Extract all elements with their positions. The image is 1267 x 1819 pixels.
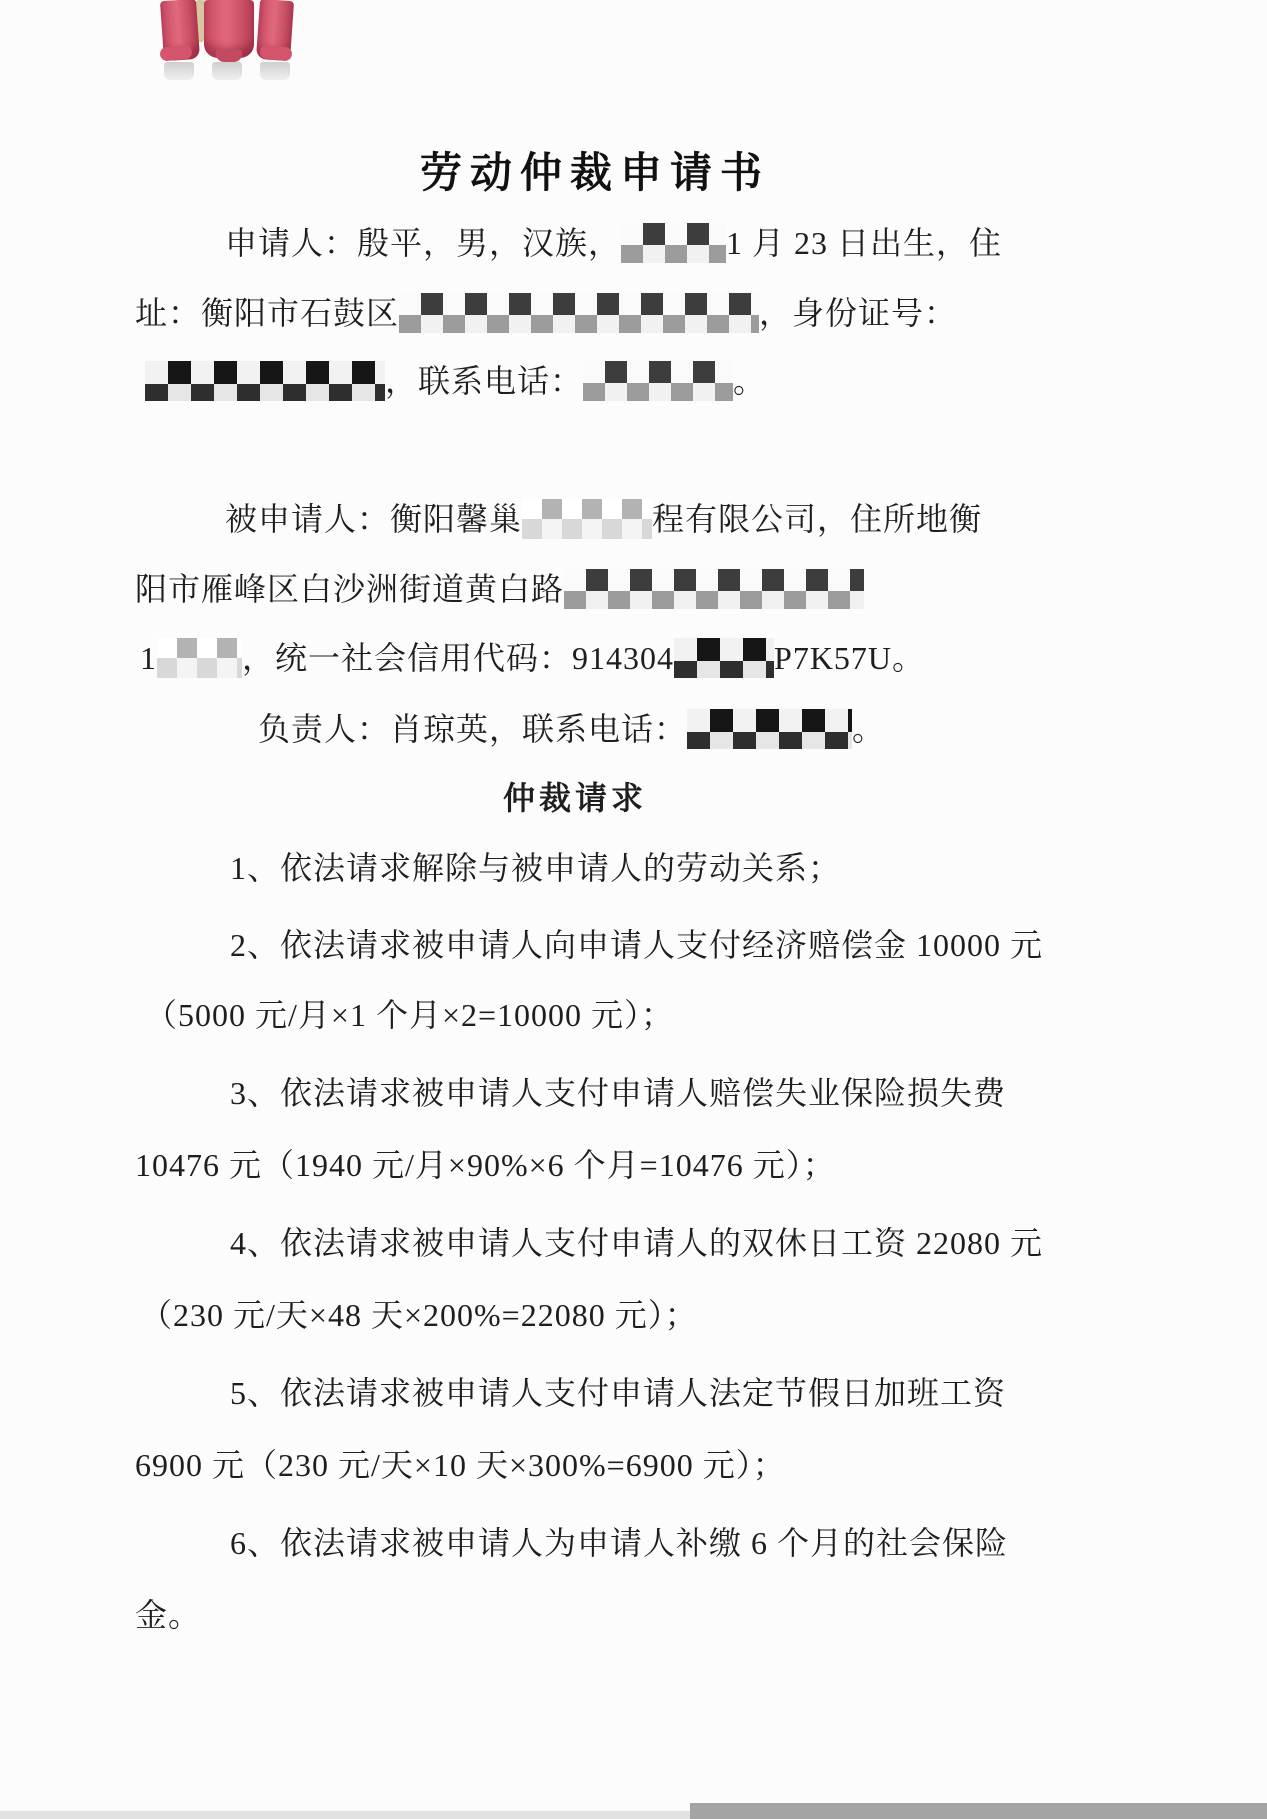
respondent-name-suffix: 程有限公司，住所地衡 <box>652 501 982 537</box>
binder-clip-right-tip <box>260 62 290 80</box>
applicant-line-2: 址：衡阳市石鼓区，身份证号： <box>135 288 957 334</box>
request-4-line-1: 4、依法请求被申请人支付申请人的双休日工资 22080 元 <box>230 1218 1043 1264</box>
redaction-address-tail <box>157 638 242 678</box>
applicant-birthdate: 1 月 23 日出生，住 <box>726 225 1002 261</box>
respondent-address: 阳市雁峰区白沙洲街道黄白路 <box>135 571 564 607</box>
binder-clip-middle-tip <box>212 62 242 80</box>
request-2-line-1: 2、依法请求被申请人向申请人支付经济赔偿金 10000 元 <box>230 920 1043 966</box>
redaction-birth-year <box>621 223 726 263</box>
applicant-id-label: ，身份证号： <box>759 295 957 331</box>
scanned-document-page: 劳动仲裁申请书 申请人：殷平，男，汉族，1 月 23 日出生，住 址：衡阳市石鼓… <box>0 0 1267 1819</box>
request-4-line-2: （230 元/天×48 天×200%=22080 元）； <box>140 1290 698 1336</box>
page-title: 劳动仲裁申请书 <box>0 140 1190 200</box>
binder-clip-middle-prong <box>204 0 254 58</box>
respondent-name-prefix: 被申请人：衡阳馨巢 <box>225 501 522 537</box>
applicant-phone-label: ，联系电话： <box>385 363 583 399</box>
request-5-line-1: 5、依法请求被申请人支付申请人法定节假日加班工资 <box>230 1368 1006 1414</box>
section-heading-arbitration-requests: 仲裁请求 <box>0 773 1150 819</box>
principal-info: 负责人：肖琼英，联系电话： <box>258 711 687 747</box>
respondent-line-2: 阳市雁峰区白沙洲街道黄白路 <box>135 564 864 610</box>
applicant-line3-period: 。 <box>733 363 766 399</box>
respondent-line-3: 1，统一社会信用代码：914304P7K57U。 <box>140 633 925 679</box>
scan-edge-dark <box>690 1803 1267 1819</box>
redaction-street-number <box>564 569 864 609</box>
redaction-phone <box>583 361 733 401</box>
request-5-line-2: 6900 元（230 元/天×10 天×300%=6900 元）； <box>135 1440 786 1486</box>
redaction-principal-phone <box>687 709 852 749</box>
redaction-credit-code <box>674 638 774 678</box>
request-3-line-2: 10476 元（1940 元/月×90%×6 个月=10476 元）； <box>135 1140 836 1186</box>
credit-code-label: ，统一社会信用代码：914304 <box>242 640 674 676</box>
respondent-address-tail: 1 <box>140 640 157 676</box>
redaction-id-number <box>145 361 385 401</box>
principal-period: 。 <box>852 711 885 747</box>
credit-code-tail: P7K57U。 <box>774 640 925 676</box>
applicant-line-1: 申请人：殷平，男，汉族，1 月 23 日出生，住 <box>225 218 1002 264</box>
respondent-line-1: 被申请人：衡阳馨巢程有限公司，住所地衡 <box>225 494 982 540</box>
redaction-company-name <box>522 499 652 539</box>
applicant-address-prefix: 址：衡阳市石鼓区 <box>135 295 399 331</box>
request-2-line-2: （5000 元/月×1 个月×2=10000 元）； <box>145 990 674 1036</box>
request-3-line-1: 3、依法请求被申请人支付申请人赔偿失业保险损失费 <box>230 1068 1006 1114</box>
principal-line: 负责人：肖琼英，联系电话：。 <box>258 704 885 750</box>
request-6-line-2: 金。 <box>135 1590 201 1636</box>
binder-clip-left-tip <box>164 62 194 80</box>
binder-clip-icon <box>148 0 293 82</box>
request-1-line-1: 1、依法请求解除与被申请人的劳动关系； <box>230 843 841 889</box>
applicant-line-3: ，联系电话：。 <box>145 356 766 402</box>
request-6-line-1: 6、依法请求被申请人为申请人补缴 6 个月的社会保险 <box>230 1518 1008 1564</box>
applicant-intro: 申请人：殷平，男，汉族， <box>225 225 621 261</box>
redaction-address <box>399 293 759 333</box>
